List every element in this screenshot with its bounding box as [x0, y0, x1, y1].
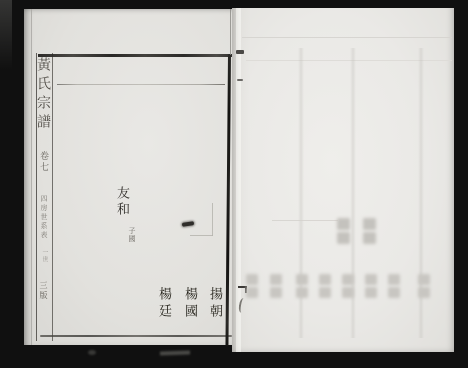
- left-page: 黃氏宗譜 卷七 四房世系表 一世 三版 友和 子國 揚朝 楊國 楊廷: [24, 9, 232, 345]
- gutter-edge-mark: [236, 50, 244, 54]
- name-column: 楊國: [183, 287, 199, 327]
- section-label: 四房世系表: [39, 195, 49, 240]
- ink-smudge: [182, 221, 194, 227]
- gutter-edge-mark: [237, 79, 243, 81]
- edition-label: 三版: [39, 281, 49, 301]
- genealogy-entry-name: 友和: [114, 186, 131, 230]
- page-fold-crease: [31, 9, 32, 345]
- name-column: 揚朝: [208, 287, 224, 327]
- printed-frame-bottom-border: [40, 335, 232, 337]
- scanned-book-photo: 黃氏宗譜 卷七 四房世系表 一世 三版 友和 子國 揚朝 楊國 楊廷: [0, 0, 468, 368]
- background-smear: [160, 350, 190, 355]
- book-title-vertical: 黃氏宗譜: [35, 57, 53, 153]
- tree-connector-vertical: [212, 203, 213, 236]
- faint-horizontal-rule: [57, 84, 225, 85]
- printed-frame-top-border: [38, 54, 232, 57]
- name-column: 楊廷: [157, 287, 173, 327]
- bleed-through-text-cluster: [337, 218, 387, 258]
- bleed-through-text-row: [246, 274, 441, 302]
- background-dot: [88, 350, 96, 355]
- genealogy-entry-note: 子國: [128, 227, 137, 243]
- book-gutter-upper-crease: [230, 9, 231, 55]
- bleed-through-line: [272, 220, 338, 221]
- tree-connector-horizontal: [190, 235, 213, 236]
- section-note: 一世: [41, 249, 49, 263]
- volume-label: 卷七: [38, 151, 50, 173]
- right-page: [232, 8, 454, 352]
- paper-crease-horizontal: [242, 37, 452, 38]
- background-corner-glow: [0, 0, 12, 70]
